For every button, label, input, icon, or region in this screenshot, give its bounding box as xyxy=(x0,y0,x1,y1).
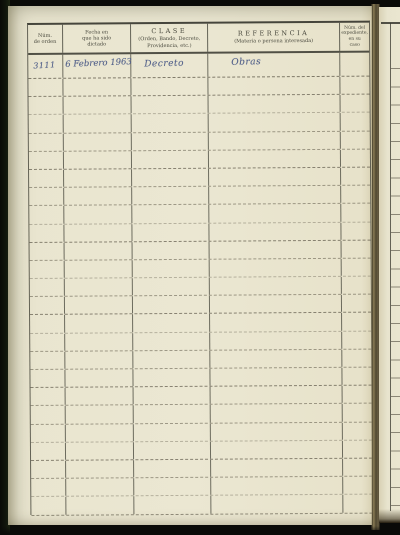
table-cell xyxy=(341,168,370,185)
table-cell xyxy=(66,497,135,515)
table-cell xyxy=(65,278,134,296)
table-row xyxy=(30,258,371,279)
table-cell xyxy=(210,331,342,349)
table-cell xyxy=(65,351,134,369)
table-cell xyxy=(210,295,342,313)
table-cell xyxy=(133,223,210,241)
table-cell xyxy=(341,113,370,130)
table-cell xyxy=(30,333,65,350)
table-cell xyxy=(341,149,370,166)
table-cell xyxy=(30,279,65,296)
table-cell xyxy=(341,186,370,203)
table-cell xyxy=(65,297,134,315)
table-cell xyxy=(209,204,341,222)
table-cell xyxy=(65,387,134,405)
header-fecha: Fecha en que ha sido dictado xyxy=(63,24,132,52)
table-cell xyxy=(210,259,342,277)
table-cell xyxy=(31,479,66,496)
table-cell xyxy=(209,222,341,240)
table-cell xyxy=(134,423,211,441)
table-cell xyxy=(342,277,371,294)
table-cell xyxy=(31,424,66,441)
table-row xyxy=(29,113,370,134)
table-row xyxy=(29,186,370,207)
table-cell xyxy=(211,422,343,440)
table-cell xyxy=(208,53,340,77)
table-cell xyxy=(133,296,210,314)
table-cell xyxy=(135,478,212,496)
next-page-edge xyxy=(379,7,400,523)
scan-bottom-edge xyxy=(0,526,400,535)
table-cell xyxy=(66,478,135,496)
table-cell xyxy=(209,168,341,186)
table-cell xyxy=(64,133,133,151)
table-cell xyxy=(31,442,66,459)
table-cell xyxy=(134,405,211,423)
header-expediente: Núm. del expediente, en su caso xyxy=(340,23,369,51)
table-row xyxy=(31,459,372,480)
table-cell xyxy=(208,95,340,113)
table-cell xyxy=(343,477,372,494)
table-cell xyxy=(64,187,133,205)
table-row xyxy=(30,240,371,261)
table-row xyxy=(29,222,370,243)
table-cell xyxy=(343,440,372,457)
scanned-ledger-page: Núm. de orden Fecha en que ha sido dicta… xyxy=(0,0,400,535)
table-cell xyxy=(30,242,65,259)
table-cell xyxy=(64,242,133,260)
table-cell xyxy=(64,224,133,242)
table-cell xyxy=(30,315,65,332)
table-cell xyxy=(341,77,370,94)
table-cell xyxy=(132,169,209,187)
table-cell xyxy=(133,314,210,332)
table-cell xyxy=(211,441,343,459)
table-cell xyxy=(132,96,209,114)
table-cell xyxy=(133,241,210,259)
table-cell xyxy=(134,369,211,387)
header-referencia-sub: (Materia o persona interesada) xyxy=(234,38,313,45)
table-row xyxy=(31,495,372,516)
table-cell xyxy=(211,495,343,513)
table-cell xyxy=(342,349,371,366)
table-row xyxy=(29,149,370,170)
table-cell xyxy=(343,495,372,512)
table-cell xyxy=(342,222,371,239)
table-cell xyxy=(343,459,372,476)
table-row xyxy=(29,168,370,189)
table-row xyxy=(31,477,372,498)
table-cell xyxy=(29,151,64,168)
table-row xyxy=(28,77,369,98)
table-row xyxy=(30,368,371,389)
table-cell xyxy=(211,459,343,477)
table-cell xyxy=(210,386,342,404)
table-cell xyxy=(29,188,64,205)
table-cell xyxy=(209,113,341,131)
table-cell xyxy=(209,150,341,168)
table-row xyxy=(30,295,371,316)
table-row xyxy=(31,440,372,461)
table-cell xyxy=(133,187,210,205)
table-cell xyxy=(134,460,211,478)
table-cell xyxy=(343,404,372,421)
table-cell xyxy=(209,131,341,149)
table-cell xyxy=(133,260,210,278)
table-cell xyxy=(65,315,134,333)
table-cell xyxy=(29,206,64,223)
table-header: Núm. de orden Fecha en que ha sido dicta… xyxy=(28,23,369,55)
table-cell xyxy=(134,441,211,459)
table-cell xyxy=(31,461,66,478)
table-cell xyxy=(65,406,134,424)
table-cell xyxy=(31,406,66,423)
table-cell xyxy=(343,368,372,385)
table-cell xyxy=(341,95,370,112)
table-rows xyxy=(28,53,372,516)
table-cell xyxy=(132,114,209,132)
header-num-orden: Núm. de orden xyxy=(28,25,63,53)
handwritten-entry-clase: Decreto xyxy=(144,59,184,70)
table-cell xyxy=(64,260,133,278)
register-table: Núm. de orden Fecha en que ha sido dicta… xyxy=(27,21,373,515)
table-cell xyxy=(132,78,209,96)
table-cell xyxy=(30,297,65,314)
table-cell xyxy=(211,404,343,422)
table-cell xyxy=(30,352,65,369)
header-clase-sub: (Orden, Bando, Decreto, Providencia, etc… xyxy=(138,36,200,49)
table-cell xyxy=(31,388,66,405)
table-cell xyxy=(342,331,371,348)
table-cell xyxy=(29,224,64,241)
table-row xyxy=(30,313,371,334)
table-cell xyxy=(64,151,133,169)
table-cell xyxy=(64,206,133,224)
table-cell xyxy=(132,150,209,168)
table-cell xyxy=(209,240,341,258)
table-cell xyxy=(133,205,210,223)
table-cell xyxy=(65,369,134,387)
table-row xyxy=(29,95,370,116)
table-cell xyxy=(342,240,371,257)
table-cell xyxy=(134,332,211,350)
table-cell xyxy=(211,477,343,495)
table-cell xyxy=(208,77,340,95)
table-cell xyxy=(29,170,64,187)
table-row xyxy=(30,277,371,298)
handwritten-entry-referencia: Obras xyxy=(231,57,261,68)
table-cell xyxy=(30,261,65,278)
handwritten-entry-num: 3111 xyxy=(33,60,56,70)
table-cell xyxy=(63,115,132,133)
table-row xyxy=(31,422,372,443)
table-cell xyxy=(210,277,342,295)
header-clase-title: CLASE xyxy=(151,27,187,35)
table-cell xyxy=(29,97,64,114)
table-cell xyxy=(210,350,342,368)
table-cell xyxy=(30,370,65,387)
table-row xyxy=(29,204,370,225)
table-cell xyxy=(66,442,135,460)
table-cell xyxy=(134,351,211,369)
table-cell xyxy=(340,53,369,76)
table-cell xyxy=(28,79,63,96)
table-cell xyxy=(135,496,212,514)
table-cell xyxy=(343,422,372,439)
binding-shadow xyxy=(379,509,400,523)
table-row xyxy=(30,349,371,370)
table-row xyxy=(29,131,370,152)
table-cell xyxy=(342,295,371,312)
table-cell xyxy=(63,96,132,114)
header-clase: CLASE (Orden, Bando, Decreto, Providenci… xyxy=(131,24,208,53)
table-cell xyxy=(66,460,135,478)
ledger-page: Núm. de orden Fecha en que ha sido dicta… xyxy=(8,6,372,525)
table-cell xyxy=(63,78,132,96)
table-row xyxy=(31,404,372,425)
table-cell xyxy=(31,497,66,514)
table-cell xyxy=(342,313,371,330)
table-cell xyxy=(29,115,64,132)
table-cell xyxy=(341,204,370,221)
table-cell xyxy=(65,333,134,351)
header-referencia: REFERENCIA (Materia o persona interesada… xyxy=(208,23,340,52)
table-cell xyxy=(134,387,211,405)
table-cell xyxy=(64,169,133,187)
table-cell xyxy=(29,133,64,150)
table-cell xyxy=(210,368,342,386)
table-cell xyxy=(210,313,342,331)
table-cell xyxy=(341,131,370,148)
header-referencia-title: REFERENCIA xyxy=(238,29,310,38)
table-cell xyxy=(342,258,371,275)
table-row xyxy=(31,386,372,407)
table-cell xyxy=(343,386,372,403)
table-row xyxy=(30,331,371,352)
table-cell xyxy=(132,132,209,150)
table-cell xyxy=(133,278,210,296)
table-cell xyxy=(66,424,135,442)
next-page-row-lines xyxy=(391,51,400,509)
table-cell xyxy=(209,186,341,204)
